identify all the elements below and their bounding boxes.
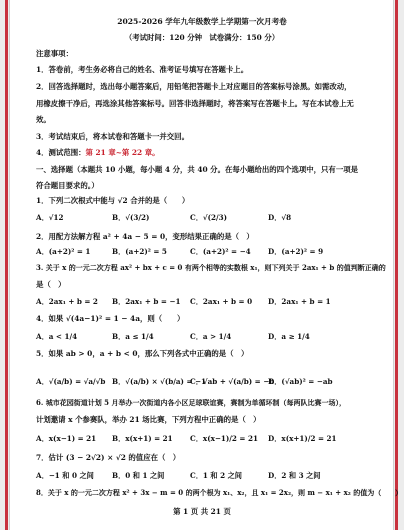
q2-option-a: A．(a+2)² = 1 (36, 247, 90, 257)
note-item-2-end: 效。 (36, 115, 51, 125)
question-1-stem: 1．下列二次根式中能与 √2 合并的是（ ） (36, 196, 189, 206)
q3-option-b: B．2ax₁ + b = −1 (112, 297, 180, 307)
exam-subtitle: （考试时间：120 分钟 试卷满分：150 分） (0, 33, 404, 43)
section-heading: 一、选择题（本题共 10 小题，每小题 4 分，共 40 分。在每小题给出的四个… (36, 165, 358, 175)
note-item-3: 3．考试结束后，将本试卷和答题卡一并交回。 (36, 132, 189, 142)
q1-option-d: D．√8 (268, 213, 291, 223)
question-7-stem: 7．估计 (3 − 2√2) × √2 的值应在（ ） (36, 453, 180, 463)
q6-option-b: B．x(x+1) = 21 (112, 434, 173, 444)
question-4-stem: 4．如果 √(4a−1)² = 1 − 4a，则（ ） (36, 314, 184, 324)
q2-option-d: D．(a+2)² = 9 (268, 247, 323, 257)
q3-option-d: D．2ax₁ + b = 1 (268, 297, 331, 307)
exam-title: 2025-2026 学年九年级数学上学期第一次月考卷 (0, 17, 404, 27)
q1-option-b: B．√(3/2) (112, 213, 149, 223)
q2-option-c: C．(a+2)² = −4 (190, 247, 251, 257)
q7-option-b: B．0 和 1 之间 (112, 471, 164, 481)
q6-option-d: D．x(x+1)/2 = 21 (268, 434, 336, 444)
note-item-2-cont: 用橡皮擦干净后，再选涂其他答案标号。回答非选择题时，将答案写在答题卡上。写在本试… (36, 99, 354, 109)
page-footer: 第 1 页 共 21 页 (0, 507, 404, 517)
q6-option-a: A．x(x−1) = 21 (36, 434, 96, 444)
question-3-stem-cont: 是（ ） (36, 280, 66, 290)
q5-option-c: C．√ab + √(a/b) = −b (190, 377, 274, 387)
q5-option-a: A．√(a/b) = √a/√b (36, 377, 105, 387)
q3-option-a: A．2ax₁ + b = 2 (36, 297, 98, 307)
q4-option-c: C．a > 1/4 (190, 332, 231, 342)
q4-option-d: D．a ≥ 1/4 (268, 332, 310, 342)
notes-heading: 注意事项： (36, 49, 73, 59)
test-range: 第 21 章~第 22 章。 (86, 148, 160, 157)
q3-option-c: C．2ax₁ + b = 0 (190, 297, 252, 307)
q6-option-c: C．x(x−1)/2 = 21 (190, 434, 258, 444)
question-6-stem: 6. 城市花园街道计划 5 月举办一次街道内各小区足球联谊赛，赛制为单循环制（每… (36, 398, 346, 408)
section-heading-cont: 符合题目要求的。） (36, 181, 99, 191)
question-2-stem: 2．用配方法解方程 a² + 4a − 5 = 0，变形结果正确的是（ ） (36, 232, 254, 242)
question-3-stem: 3. 关于 x 的一元二次方程 ax² + bx + c = 0 有两个相等的实… (36, 263, 386, 273)
q1-option-a: A．√12 (36, 213, 64, 223)
question-5-stem: 5．如果 ab > 0，a + b < 0，那么下列各式中正确的是（ ） (36, 349, 248, 359)
note-item-4-label: 4．测试范围： (36, 148, 86, 157)
q5-option-d: D．(√ab)² = −ab (268, 377, 333, 387)
q7-option-c: C．1 和 2 之间 (190, 471, 242, 481)
q7-option-d: D．2 和 3 之间 (268, 471, 321, 481)
question-8-stem: 8．关于 x 的一元二次方程 x² + 3x − m = 0 的两个根为 x₁、… (36, 488, 402, 498)
q1-option-c: C．√(2/3) (190, 213, 227, 223)
note-item-1: 1．答卷前，考生务必将自己的姓名、准考证号填写在答题卡上。 (36, 65, 248, 75)
right-red-rail (395, 0, 398, 530)
note-item-4: 4．测试范围：第 21 章~第 22 章。 (36, 148, 160, 158)
question-6-stem-cont: 计划邀请 x 个参赛队，举办 21 场比赛，下列方程中正确的是（ ） (36, 415, 261, 425)
left-red-rail (5, 0, 8, 530)
note-item-2: 2．回答选择题时，选出每小题答案后，用铅笔把答题卡上对应题目的答案标号涂黑。如需… (36, 82, 352, 92)
q4-option-b: B．a ≤ 1/4 (112, 332, 154, 342)
q4-option-a: A．a < 1/4 (36, 332, 77, 342)
q7-option-a: A．−1 和 0 之间 (36, 471, 94, 481)
q2-option-b: B．(a+2)² = 5 (112, 247, 167, 257)
